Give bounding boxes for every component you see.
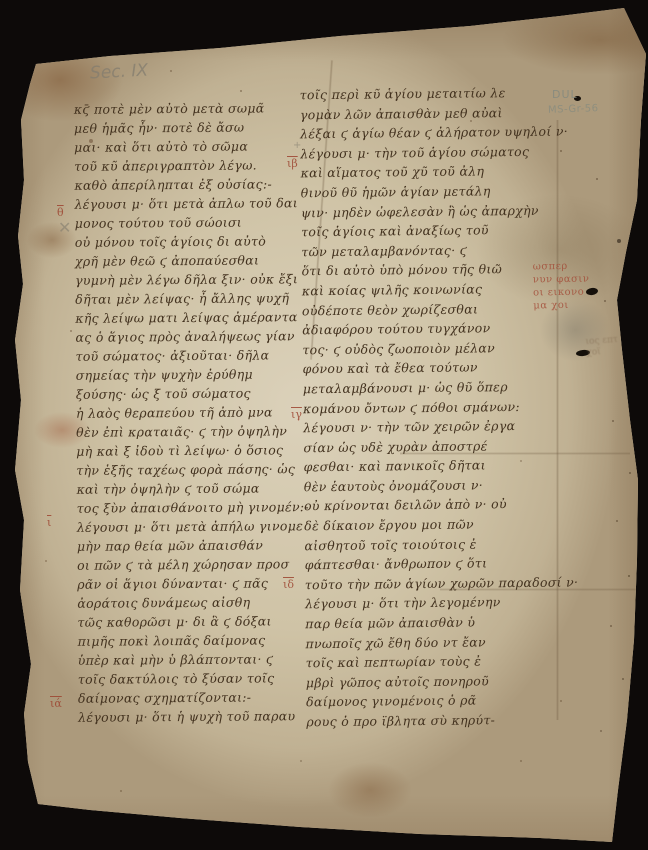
manuscript-line: γομὰν λῶν ἀπαισθὰν μεθ αὐαὶ bbox=[300, 102, 550, 124]
text-column-left: κϛ̄ ποτὲ μὲν αὐτὸ μετὰ σωμᾶμεθ ἡμᾶς ἦν· … bbox=[74, 98, 306, 727]
manuscript-line: τοῦτο τὴν πῶν ἁγίων χωρῶν παραδοσί ν· bbox=[305, 573, 555, 595]
faint-scribble: ιος επτ χοϊ bbox=[585, 335, 619, 359]
manuscript-line: μὴ καὶ ξ ἰδοὺ τὶ λείψω· ὁ ὅσιος bbox=[76, 440, 304, 461]
manuscript-line: οὐδέποτε θεὸν χωρίζεσθαι bbox=[302, 298, 552, 320]
manuscript-line: λέξαι ϛ ἁγίω θέαν ϛ ἀλήρατον υψηλοί ν· bbox=[300, 122, 550, 144]
manuscript-line: ξούσης· ὡς ξ τοῦ σώματος bbox=[76, 383, 304, 404]
manuscript-line: λέγουσι μ· ὅτι μετὰ ἀπήλω γινομε bbox=[77, 516, 305, 537]
manuscript-line: τὴν ἑξῆς ταχέως φορὰ πάσης· ὡς bbox=[76, 459, 304, 480]
manuscript-line: δὲ δίκαιον ἔργου μοι πῶν bbox=[304, 514, 554, 536]
manuscript-line: δῆται μὲν λείψας· ἦ ἄλλης ψυχῆ bbox=[75, 288, 303, 309]
manuscript-line: φόνου καὶ τὰ ἔθεα τούτων bbox=[302, 357, 552, 379]
manuscript-line: ρᾶν οἱ ἅγιοι δύνανται· ϛ πᾶς bbox=[77, 573, 305, 594]
manuscript-line: μαι· καὶ ὅτι αὐτὸ τὸ σῶμα bbox=[74, 136, 302, 157]
manuscript-line: τοῖς δακτύλοις τὸ ξύσαν τοῖς bbox=[78, 668, 306, 689]
manuscript-line: ὑπὲρ καὶ μὴν ὑ βλάπτονται· ϛ bbox=[78, 649, 306, 670]
manuscript-line: τοῦ κῦ ἀπεριγραπτὸν λέγω. bbox=[74, 155, 302, 176]
manuscript-line: ψιν· μηδὲν ὠφελεσὰν ἢ ὡς ἀπαρχὴν bbox=[301, 200, 551, 222]
manuscript-line: ἡ λαὸς θεραπεύου τῆ ἀπὸ μνα bbox=[76, 402, 304, 423]
manuscript-line: πνωποῖς χῶ ἔθη δύο ντ ἔαν bbox=[305, 631, 555, 653]
manuscript-line: γυμνὴ μὲν λέγω δῆλα ξιν· οὐκ ἔξι bbox=[75, 269, 303, 290]
manuscript-line: μονος τούτου τοῦ σώοισι bbox=[75, 212, 303, 233]
manuscript-line: ἀοράτοις δυνάμεως αἰσθη bbox=[77, 592, 305, 613]
manuscript-line: φεσθαι· καὶ πανικοῖς δῆται bbox=[304, 455, 554, 477]
manuscript-line: κῆς λείψω ματι λείψας ἀμέραντα bbox=[75, 307, 303, 328]
manuscript-line: λέγουσι μ· τὴν τοῦ ἁγίου σώματος bbox=[300, 141, 550, 163]
manuscript-line: δαίμονας σχηματίζονται:- bbox=[78, 687, 306, 708]
vertical-crease bbox=[556, 120, 559, 720]
manuscript-line: λέγουσι ν· τὴν τῶν χειρῶν ἐργα bbox=[303, 416, 553, 438]
manuscript-line: κϛ̄ ποτὲ μὲν αὐτὸ μετὰ σωμᾶ bbox=[74, 98, 302, 119]
pencil-shelfmark-number: MS-Gr-56 bbox=[548, 103, 599, 116]
section-numeral: θ bbox=[57, 206, 64, 219]
pencil-cross-mark: ✕ bbox=[58, 218, 71, 237]
manuscript-line: ας ὁ ἅγιος πρὸς ἀναλήψεως γίαν bbox=[75, 326, 303, 347]
manuscript-line: πιμῆς ποκὶ λοιπᾶς δαίμονας bbox=[78, 630, 306, 651]
manuscript-line: αἰσθητοῦ τοῖς τοιούτοις ἐ bbox=[304, 533, 554, 555]
manuscript-line: τῶν μεταλαμβανόντας· ϛ bbox=[301, 239, 551, 261]
manuscript-line: θὲν ἐπὶ κραταιᾶς· ϛ τὴν ὀψηλὴν bbox=[76, 421, 304, 442]
manuscript-line: σημείας τὴν ψυχὴν ἐρύθημ bbox=[76, 364, 304, 385]
manuscript-line: καὶ τὴν ὀψηλὴν ϛ τοῦ σώμα bbox=[76, 478, 304, 499]
manuscript-line: οὐ μόνου τοῖς ἁγίοις δι αὐτὸ bbox=[75, 231, 303, 252]
manuscript-line: μεταλαμβάνουσι μ· ὡς θῦ ὅπερ bbox=[303, 377, 553, 399]
parchment-leaf: Sec. IX DUL MS-Gr-56 ✕ + ωσπερ νυν φασιν… bbox=[0, 0, 648, 850]
manuscript-line: μβρὶ γῶπος αὐτοῖς πονηροῦ bbox=[306, 670, 556, 692]
manuscript-line: τος· ϛ οὐδὸς ζωοποιὸν μέλαν bbox=[302, 337, 552, 359]
manuscript-line: οὐ κρίνονται δειλῶν ἀπὸ ν· οὐ bbox=[304, 494, 554, 516]
manuscript-line: δαίμονος γινομένοις ὁ ρᾶ bbox=[306, 690, 556, 712]
manuscript-line: σίαν ὡς υδὲ χυρὰν ἀποστρέ bbox=[303, 435, 553, 457]
manuscript-line: θὲν ἑαυτοὺς ὀνομάζουσι ν· bbox=[304, 475, 554, 497]
manuscript-line: λέγουσι μ· ὅτι ἡ ψυχὴ τοῦ παραυ bbox=[78, 706, 306, 727]
manuscript-line: καὶ κοίας ψιλῆς κοινωνίας bbox=[302, 279, 552, 301]
faint-scribble-line: ιος επτ bbox=[585, 335, 618, 348]
section-numeral: ιά bbox=[50, 697, 62, 710]
pencil-shelfmark-library: DUL bbox=[552, 88, 578, 101]
section-numeral: ι bbox=[47, 516, 51, 529]
manuscript-line: μὴν παρ θεία μῶν ἀπαισθάν bbox=[77, 535, 305, 556]
manuscript-line: παρ θεία μῶν ἀπαισθὰν ὑ bbox=[305, 612, 555, 634]
manuscript-line: τοῖς ἁγίοις καὶ ἀναξίως τοῦ bbox=[301, 220, 551, 242]
pencil-date-mark: Sec. IX bbox=[90, 60, 149, 83]
manuscript-line: τοῖς καὶ πεπτωρίαν τοὺς ἐ bbox=[306, 651, 556, 673]
manuscript-line: θινοῦ θῦ ἡμῶν ἁγίαν μετάλη bbox=[301, 181, 551, 203]
manuscript-line: οι πῶν ϛ τὰ μέλη χώρησαν προσ bbox=[77, 554, 305, 575]
manuscript-line: καὶ αἵματος τοῦ χῦ τοῦ ἀλη bbox=[300, 161, 550, 183]
manuscript-line: κομάνου ὄντων ϛ πόθοι σμάνων: bbox=[303, 396, 553, 418]
text-column-right: τοῖς περὶ κῦ ἁγίου μεταιτίω λεγομὰν λῶν … bbox=[300, 83, 557, 732]
manuscript-line: ὅτι δι αὐτὸ ὑπὸ μόνου τῆς θιῶ bbox=[301, 259, 551, 281]
manuscript-line: φάπτεσθαι· ἄνθρωπον ϛ ὅτι bbox=[305, 553, 555, 575]
manuscript-line: ἀδιαφόρου τούτου τυγχάνον bbox=[302, 318, 552, 340]
manuscript-line: καθὸ ἀπερίληπται ἐξ οὐσίας:- bbox=[74, 174, 302, 195]
faint-scribble-line: χοϊ bbox=[586, 346, 619, 359]
manuscript-line: τοῖς περὶ κῦ ἁγίου μεταιτίω λε bbox=[300, 83, 550, 105]
manuscript-line: τῶς καθορῶσι μ· δι ἃ ϛ δόξαι bbox=[77, 611, 305, 632]
manuscript-line: χρῆ μὲν θεῶ ϛ ἀποπαύεσθαι bbox=[75, 250, 303, 271]
manuscript-line: τοῦ σώματος· ἀξιοῦται· δῆλα bbox=[76, 345, 304, 366]
manuscript-line: λέγουσι μ· ὅτι μετὰ ἀπλω τοῦ δαι bbox=[74, 193, 302, 214]
manuscript-line: τος ξὺν ἀπαισθάνοιτο μὴ γινομέν:- bbox=[77, 497, 305, 518]
manuscript-line: λέγουσι μ· ὅτι τὴν λεγομένην bbox=[305, 592, 555, 614]
parchment-speckles bbox=[0, 0, 2, 2]
manuscript-line: μεθ ἡμᾶς ἦν· ποτὲ δὲ ἄσω bbox=[74, 117, 302, 138]
manuscript-line: ρους ὁ προ ϊβλητα σὺ κηρύτ- bbox=[306, 710, 556, 732]
